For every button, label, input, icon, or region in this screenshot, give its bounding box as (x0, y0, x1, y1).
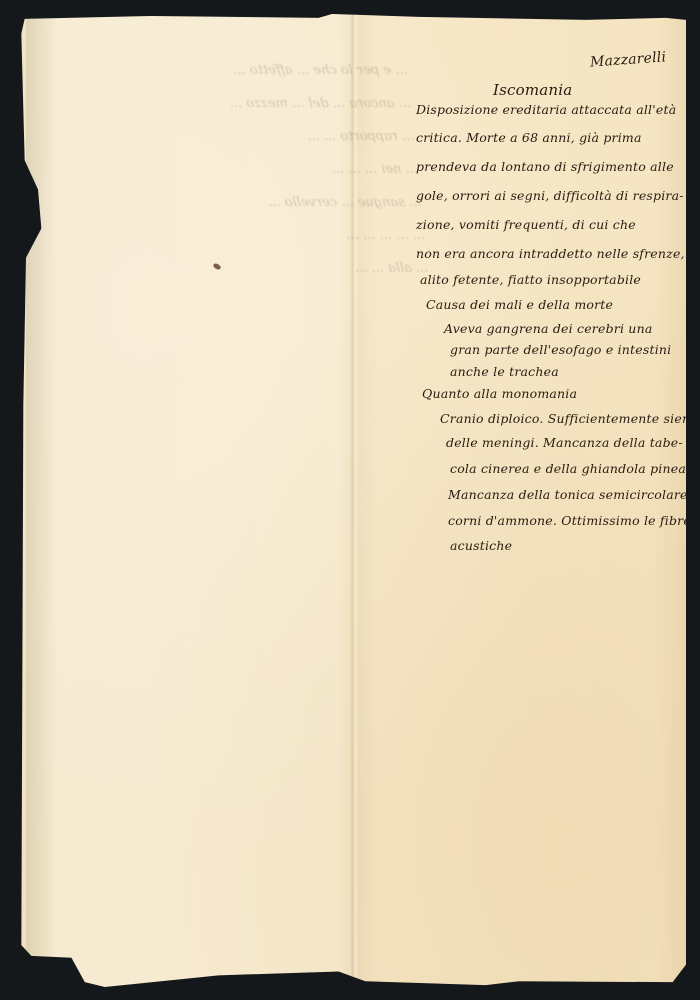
section-heading-cause: Causa dei mali e della morte (426, 297, 613, 312)
text-line: prendeva da lontano di sfrigimento alle (416, 159, 674, 174)
text-line: cola cinerea e della ghiandola pineale. (450, 461, 700, 476)
text-line: delle meningi. Mancanza della tabe- (446, 435, 683, 450)
section-heading-monomania: Quanto alla monomania (422, 386, 577, 401)
bleed-line: ... ... ... ... ... (123, 219, 426, 252)
text-line: Disposizione ereditaria attaccata all'et… (416, 102, 676, 117)
bleed-line: ... e per lo che ... affetto ... (106, 54, 409, 87)
document-title: Iscomania (493, 81, 572, 99)
manuscript-page: ... e per lo che ... affetto ... ... anc… (18, 14, 686, 989)
bleed-line: ... sangue ... cervello ... (120, 186, 423, 219)
author-note: Mazzarelli (590, 49, 667, 70)
text-line: Cranio diploico. Sufficientemente sieros… (440, 411, 700, 426)
bleed-line: ... rapporto ... ... (113, 120, 416, 153)
text-line: Aveva gangrena dei cerebri una (444, 321, 652, 336)
text-line: zione, vomiti frequenti, di cui che (416, 217, 636, 232)
bleed-through-text: ... e per lo che ... affetto ... ... anc… (106, 54, 430, 285)
text-line: anche le trachea (450, 364, 559, 379)
text-line: Mancanza della tonica semicircolare e de… (448, 487, 700, 502)
text-line: gole, orrori ai segni, difficoltà di res… (416, 188, 684, 203)
text-line: gran parte dell'esofago e intestini (450, 342, 671, 357)
bleed-line: ... alla ... ... (127, 252, 430, 285)
bleed-line: ... ancora ... del ... mezzo ... (109, 87, 412, 120)
text-line: acustiche (450, 538, 512, 553)
text-line: critica. Morte a 68 anni, già prima (416, 130, 642, 145)
text-line: alito fetente, fiatto insopportabile (420, 272, 641, 287)
bleed-line: ... nei ... ... ... (116, 153, 419, 186)
text-line: corni d'ammone. Ottimissimo le fibre (448, 513, 691, 528)
margin-fold (26, 14, 56, 989)
text-line: non era ancora intraddetto nelle sfrenze… (416, 246, 685, 261)
